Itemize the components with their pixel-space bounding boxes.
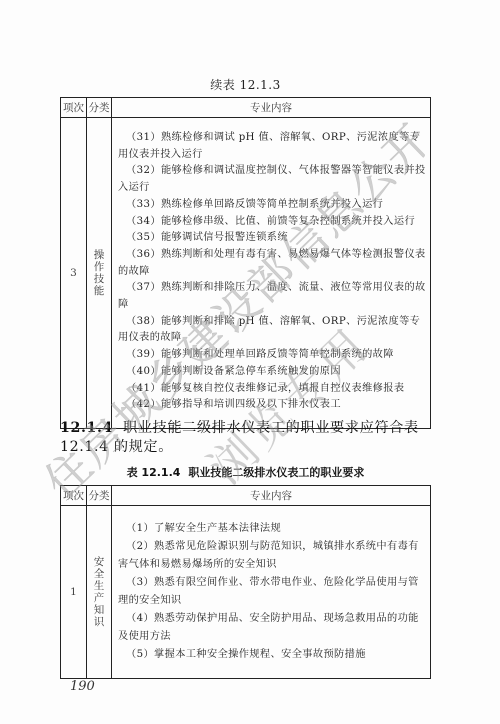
category-char: 能 (87, 285, 111, 297)
row-category: 操 作 技 能 (87, 118, 112, 429)
header-content: 专业内容 (112, 486, 431, 506)
table-row: 3 操 作 技 能 （31）熟练检修和调试 pH 值、溶解氧、ORP、污泥浓度等… (61, 118, 431, 429)
header-content: 专业内容 (112, 98, 431, 118)
category-char: 作 (87, 261, 111, 273)
header-index: 项次 (61, 98, 87, 118)
content-item: （42）能够指导和培训四级及以下排水仪表工 (118, 397, 426, 414)
row-content: （31）熟练检修和调试 pH 值、溶解氧、ORP、污泥浓度等专用仪表并投入运行 … (112, 118, 431, 429)
row-index: 1 (61, 506, 87, 679)
clause-number: 12.1.4 (60, 420, 113, 436)
content-item: （34）能够检修串级、比值、前馈等复杂控制系统并投入运行 (118, 214, 426, 231)
table-caption-continued: 续表 12.1.3 (60, 76, 431, 93)
table-row: 1 安 全 生 产 知 识 （1）了解安全生产基本法律法规 （2）熟悉常见危险源… (61, 506, 431, 679)
content-item: （33）熟练检修单回路反馈等简单控制系统并投入运行 (118, 197, 426, 214)
content-item: （38）能够判断和排除 pH 值、溶解氧、ORP、污泥浓度等专用仪表的故障 (118, 314, 426, 347)
content-item: （40）能够判断设备紧急停车系统触发的原因 (118, 364, 426, 381)
content-item: （39）能够判断和处理单回路反馈等简单控制系统的故障 (118, 347, 426, 364)
category-char: 识 (87, 616, 111, 628)
clause-paragraph: 12.1.4职业技能二级排水仪表工的职业要求应符合表 12.1.4 的规定。 (60, 419, 435, 457)
content-item: （2）熟悉常见危险源识别与防范知识，城镇排水系统中有毒有害气体和易燃易爆场所的安… (118, 538, 426, 574)
table-caption-number: 表 12.1.4 (127, 466, 181, 479)
category-char: 生 (87, 580, 111, 592)
content-item: （31）熟练检修和调试 pH 值、溶解氧、ORP、污泥浓度等专用仪表并投入运行 (118, 130, 426, 163)
requirements-table: 项次 分类 专业内容 1 安 全 生 产 知 识 （1）了解安全生产基本法律法规… (60, 485, 431, 679)
content-item: （1）了解安全生产基本法律法规 (118, 520, 426, 538)
table-caption: 表 12.1.4职业技能二级排水仪表工的职业要求 (60, 464, 431, 480)
category-char: 操 (87, 249, 111, 261)
row-content: （1）了解安全生产基本法律法规 （2）熟悉常见危险源识别与防范知识，城镇排水系统… (112, 506, 431, 679)
category-char: 技 (87, 273, 111, 285)
content-item: （37）熟练判断和排除压力、温度、流量、液位等常用仪表的故障 (118, 280, 426, 313)
category-char: 知 (87, 604, 111, 616)
content-item: （32）能够检修和调试温度控制仪、气体报警器等智能仪表并投入运行 (118, 163, 426, 196)
category-char: 安 (87, 556, 111, 568)
content-item: （4）熟悉劳动保护用品、安全防护用品、现场急救用品的功能及使用方法 (118, 610, 426, 646)
content-item: （5）掌握本工种安全操作规程、安全事故预防措施 (118, 646, 426, 664)
category-char: 产 (87, 592, 111, 604)
table-header-row: 项次 分类 专业内容 (61, 98, 431, 118)
clause-text: 职业技能二级排水仪表工的职业要求应符合表 12.1.4 的规定。 (60, 420, 419, 455)
row-category: 安 全 生 产 知 识 (87, 506, 112, 679)
table-caption-title: 职业技能二级排水仪表工的职业要求 (188, 466, 364, 479)
header-index: 项次 (61, 486, 87, 506)
table-header-row: 项次 分类 专业内容 (61, 486, 431, 506)
row-index: 3 (61, 118, 87, 429)
document-page: 续表 12.1.3 项次 分类 专业内容 3 操 作 技 能 （31）熟练检修和… (0, 0, 500, 724)
header-category: 分类 (87, 98, 112, 118)
requirements-table-continued: 项次 分类 专业内容 3 操 作 技 能 （31）熟练检修和调试 pH 值、溶解… (60, 97, 431, 429)
content-item: （36）熟练判断和处理有毒有害、易燃易爆气体等检测报警仪表的故障 (118, 247, 426, 280)
header-category: 分类 (87, 486, 112, 506)
content-item: （35）能够调试信号报警连锁系统 (118, 230, 426, 247)
category-char: 全 (87, 568, 111, 580)
content-item: （41）能够复核自控仪表维修记录，填报自控仪表维修报表 (118, 381, 426, 398)
content-item: （3）熟悉有限空间作业、带水带电作业、危险化学品使用与管理的安全知识 (118, 574, 426, 610)
page-number: 190 (70, 679, 95, 694)
